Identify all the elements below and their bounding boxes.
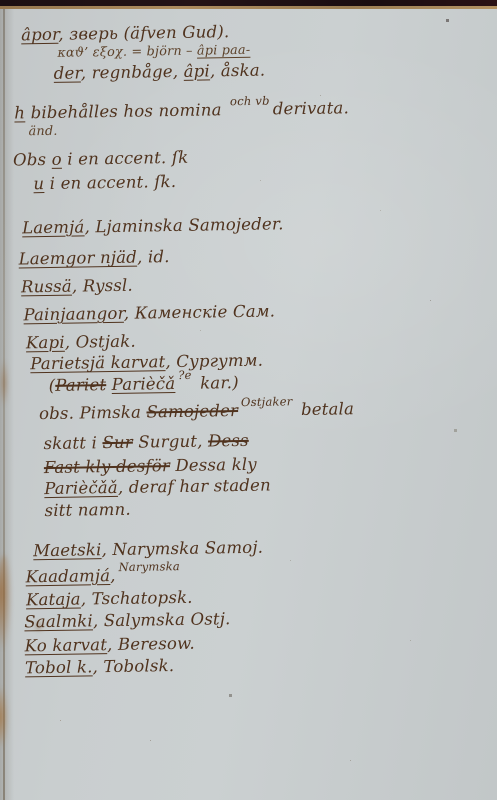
- entry-term: Maetski: [33, 540, 102, 560]
- handwritten-text: ,: [110, 566, 116, 585]
- handwritten-text: Dessa kly: [170, 454, 257, 474]
- handwritten-text: , Каменскіе Сам.: [124, 301, 276, 322]
- manuscript-line: Kaadamjá,Narymska: [25, 561, 343, 588]
- entry-term: Parietsjä karvat: [30, 353, 165, 374]
- foxing-stain: [0, 360, 8, 406]
- struck-text: Pariet: [55, 375, 106, 395]
- entry-term: Parièčǎ: [112, 374, 176, 394]
- manuscript-line: Maetski, Narymska Samoj.: [33, 535, 343, 562]
- struck-text: Dess: [208, 431, 249, 451]
- manuscript-line: Laemjá, Ljaminska Samojeder.: [22, 212, 338, 239]
- entry-term: u: [33, 174, 44, 193]
- handwritten-text: betala: [295, 399, 354, 419]
- handwritten-text: bibehålles hos nomina: [25, 101, 227, 123]
- interlinear-insertion: ?e: [178, 368, 192, 383]
- entry-term: h: [14, 104, 25, 123]
- handwritten-text: i en accent. ſk.: [44, 172, 176, 193]
- entry-term: Ko karvat: [25, 635, 108, 655]
- handwritten-text: Obs: [13, 150, 52, 170]
- manuscript-line: Russä, Ryssl.: [21, 272, 339, 299]
- entry-term: Laemgor njäd: [18, 248, 137, 269]
- entry-term: der: [54, 63, 81, 82]
- handwritten-text-block: âpor, зверь (äfven Gud).καϑ’ εξοχ. = bjö…: [5, 11, 345, 678]
- manuscript-line: obs. Pimska SamojederOstjaker betala: [39, 398, 341, 425]
- handwritten-text: , Beresow.: [107, 634, 195, 654]
- handwritten-text: , Tschatopsk.: [81, 588, 193, 609]
- entry-term: Kapi: [26, 332, 65, 352]
- handwritten-text: , deraf har staden: [118, 476, 271, 497]
- manuscript-line: sitt namn.: [44, 495, 342, 521]
- struck-text: Samojeder: [146, 401, 238, 421]
- handwritten-text: , Ryssl.: [72, 276, 133, 296]
- manuscript-line: skatt i Sur Surgut, Dess: [43, 428, 341, 454]
- handwritten-text: , Narymska Samoj.: [101, 537, 263, 559]
- paper-specks: [0, 0, 1, 1]
- manuscript-line: Saalmki, Salymska Ostj.: [24, 606, 344, 633]
- entry-term: Parièčǎǎ: [44, 478, 118, 498]
- handwritten-text: , Salymska Ostj.: [93, 609, 231, 630]
- manuscript-line: der, regnbåge, âpi, åska.: [54, 58, 336, 84]
- handwritten-text: , id.: [137, 247, 170, 267]
- interlinear-insertion: Ostjaker: [241, 394, 293, 410]
- handwritten-text: skatt i: [43, 433, 102, 453]
- entry-term: âpi: [184, 61, 211, 80]
- entry-term: Painjaangor: [23, 304, 124, 325]
- struck-text: Fast kly desför: [44, 456, 170, 477]
- handwritten-text: änd.: [29, 124, 58, 139]
- manuscript-line: Painjaangor, Каменскіе Сам.: [23, 299, 339, 326]
- entry-term: âpi paa-: [197, 43, 251, 59]
- handwritten-text: , Tobolsk.: [92, 656, 174, 676]
- handwritten-text: kar.): [195, 373, 239, 393]
- struck-text: Sur: [102, 432, 133, 451]
- entry-term: Laemjá: [22, 217, 85, 237]
- entry-term: Kataja: [26, 590, 81, 610]
- entry-term: âpor: [21, 25, 59, 45]
- manuscript-line: (Pariet Parièčǎ?e kar.): [48, 371, 340, 397]
- handwritten-text: , Ljaminska Samojeder.: [84, 214, 283, 236]
- handwritten-text: sitt namn.: [44, 500, 131, 520]
- handwritten-text: derivata.: [273, 99, 349, 119]
- manuscript-line: u i en accent. ſk.: [33, 168, 337, 195]
- handwritten-text: obs. Pimska: [39, 402, 147, 423]
- entry-term: Russä: [21, 277, 72, 297]
- handwritten-text: , зверь (äfven Gud).: [58, 22, 229, 44]
- interlinear-insertion: och vb: [230, 94, 270, 110]
- handwritten-text: , åska.: [210, 60, 266, 80]
- entry-term: Tobol k.: [25, 657, 93, 677]
- handwritten-text: , Ostjak.: [65, 331, 136, 351]
- entry-term: Kaadamjá: [25, 566, 110, 586]
- manuscript-line: Obs o i en accent. ſk: [13, 145, 337, 172]
- manuscript-line: Laemgor njäd, id.: [18, 244, 338, 271]
- interlinear-insertion: Narymska: [118, 559, 180, 575]
- entry-term: Saalmki: [24, 611, 93, 631]
- handwritten-text: , regnbåge,: [81, 61, 184, 82]
- manuscript-photo: âpor, зверь (äfven Gud).καϑ’ εξοχ. = bjö…: [0, 0, 497, 800]
- handwritten-text: καϑ’ εξοχ. = björn –: [57, 43, 197, 60]
- entry-term: o: [52, 150, 62, 169]
- page-top-edge: [0, 6, 497, 9]
- handwritten-text: Surgut,: [133, 431, 208, 451]
- handwritten-text: i en accent. ſk: [62, 148, 189, 169]
